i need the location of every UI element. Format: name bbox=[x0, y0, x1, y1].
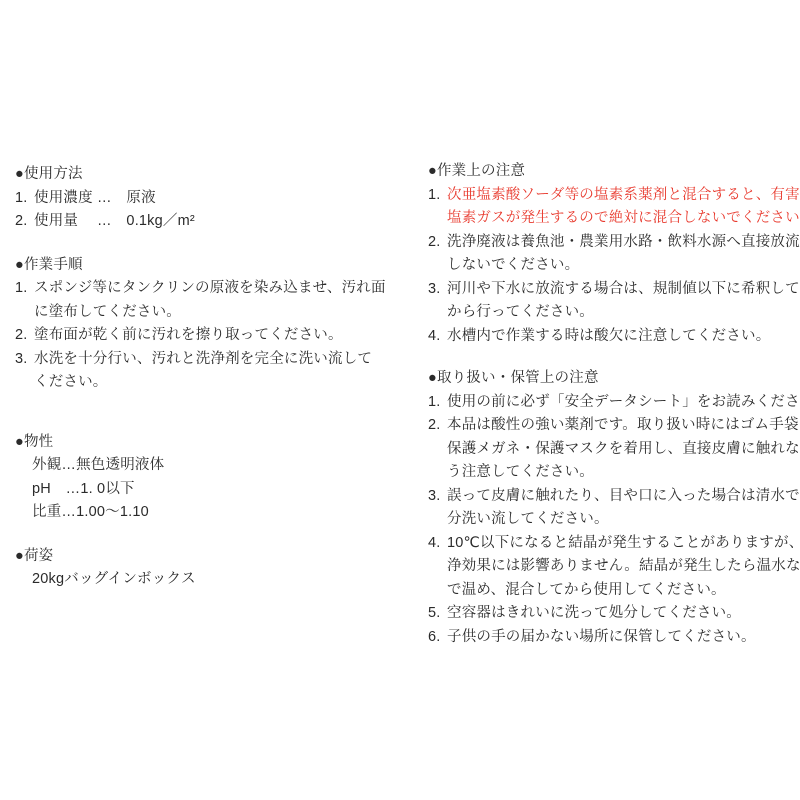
section-heading: ●荷姿 bbox=[15, 545, 415, 569]
list-item: 1. スポンジ等にタンクリンの原液を染み込ませ、汚れ面 に塗布してください。 bbox=[15, 277, 415, 324]
section-packaging: ●荷姿 20kgバッグインボックス bbox=[15, 545, 415, 592]
item-text: 子供の手の届かない場所に保管してください。 bbox=[447, 626, 756, 650]
item-number: 2. bbox=[428, 231, 447, 255]
item-number: 3. bbox=[15, 348, 34, 372]
item-text: スポンジ等にタンクリンの原液を染み込ませ、汚れ面 に塗布してください。 bbox=[34, 277, 386, 324]
item-number: 4. bbox=[428, 532, 447, 556]
section-heading: ●取り扱い・保管上の注意 bbox=[428, 367, 796, 391]
item-text: 塗布面が乾く前に汚れを擦り取ってください。 bbox=[34, 324, 343, 348]
list-item: 2. 本品は酸性の強い薬剤です。取り扱い時にはゴム手袋・ 保護メガネ・保護マスク… bbox=[428, 414, 796, 485]
item-number: 2. bbox=[15, 324, 34, 348]
item-text: 空容器はきれいに洗って処分してください。 bbox=[447, 602, 741, 626]
warning-text: 次亜塩素酸ソーダ等の塩素系薬剤と混合すると、有害な 塩素ガスが発生するので絶対に… bbox=[447, 184, 800, 231]
item-text: 水洗を十分行い、汚れと洗浄剤を完全に洗い流して ください。 bbox=[34, 348, 372, 395]
section-handling-storage-precautions: ●取り扱い・保管上の注意 1. 使用の前に必ず「安全データシート」をお読みくださ… bbox=[428, 367, 796, 649]
item-number: 1. bbox=[428, 391, 447, 415]
item-number: 3. bbox=[428, 485, 447, 509]
section-heading: ●作業上の注意 bbox=[428, 160, 796, 184]
item-text: 水槽内で作業する時は酸欠に注意してください。 bbox=[447, 325, 770, 349]
section-work-precautions: ●作業上の注意 1. 次亜塩素酸ソーダ等の塩素系薬剤と混合すると、有害な 塩素ガ… bbox=[428, 160, 796, 348]
list-item: 1. 使用の前に必ず「安全データシート」をお読みください。 bbox=[428, 391, 796, 415]
list-item: 4. 水槽内で作業する時は酸欠に注意してください。 bbox=[428, 325, 796, 349]
item-text: 10℃以下になると結晶が発生することがありますが、洗 浄効果には影響ありません。… bbox=[447, 532, 800, 603]
list-item: 5. 空容器はきれいに洗って処分してください。 bbox=[428, 602, 796, 626]
item-number: 1. bbox=[15, 277, 34, 301]
section-heading: ●作業手順 bbox=[15, 254, 415, 278]
list-item-warning: 1. 次亜塩素酸ソーダ等の塩素系薬剤と混合すると、有害な 塩素ガスが発生するので… bbox=[428, 184, 796, 231]
list-item: 6. 子供の手の届かない場所に保管してください。 bbox=[428, 626, 796, 650]
section-work-procedure: ●作業手順 1. スポンジ等にタンクリンの原液を染み込ませ、汚れ面 に塗布してく… bbox=[15, 254, 415, 395]
list-item: 2. 塗布面が乾く前に汚れを擦り取ってください。 bbox=[15, 324, 415, 348]
right-column: ●作業上の注意 1. 次亜塩素酸ソーダ等の塩素系薬剤と混合すると、有害な 塩素ガ… bbox=[428, 160, 796, 649]
item-text: 本品は酸性の強い薬剤です。取り扱い時にはゴム手袋・ 保護メガネ・保護マスクを着用… bbox=[447, 414, 800, 485]
item-text: 使用の前に必ず「安全データシート」をお読みください。 bbox=[447, 391, 800, 415]
item-number: 5. bbox=[428, 602, 447, 626]
section-physical-properties: ●物性 外観…無色透明液体 pH …1. 0以下 比重…1.00～1.10 bbox=[15, 431, 415, 525]
list-item: 3. 河川や下水に放流する場合は、規制値以下に希釈して から行ってください。 bbox=[428, 278, 796, 325]
list-item: 3. 誤って皮膚に触れたり、目や口に入った場合は清水で十 分洗い流してください。 bbox=[428, 485, 796, 532]
item-text: 河川や下水に放流する場合は、規制値以下に希釈して から行ってください。 bbox=[447, 278, 800, 325]
item-text: 洗浄廃液は養魚池・農業用水路・飲料水源へ直接放流 しないでください。 bbox=[447, 231, 800, 278]
property-specific-gravity: 比重…1.00～1.10 bbox=[15, 501, 415, 525]
item-text: 使用濃度 … 原液 bbox=[34, 187, 156, 211]
property-appearance: 外観…無色透明液体 bbox=[15, 454, 415, 478]
list-item: 1. 使用濃度 … 原液 bbox=[15, 187, 415, 211]
section-heading: ●使用方法 bbox=[15, 163, 415, 187]
item-number: 6. bbox=[428, 626, 447, 650]
packaging-spec: 20kgバッグインボックス bbox=[15, 568, 415, 592]
item-text: 使用量 … 0.1kg／m² bbox=[34, 210, 195, 234]
list-item: 2. 使用量 … 0.1kg／m² bbox=[15, 210, 415, 234]
list-item: 4. 10℃以下になると結晶が発生することがありますが、洗 浄効果には影響ありま… bbox=[428, 532, 796, 603]
section-usage-method: ●使用方法 1. 使用濃度 … 原液 2. 使用量 … 0.1kg／m² bbox=[15, 163, 415, 234]
list-item: 2. 洗浄廃液は養魚池・農業用水路・飲料水源へ直接放流 しないでください。 bbox=[428, 231, 796, 278]
item-number: 3. bbox=[428, 278, 447, 302]
section-heading: ●物性 bbox=[15, 431, 415, 455]
item-number: 1. bbox=[428, 184, 447, 208]
item-number: 1. bbox=[15, 187, 34, 211]
item-number: 4. bbox=[428, 325, 447, 349]
property-ph: pH …1. 0以下 bbox=[15, 478, 415, 502]
product-instructions-document: ●使用方法 1. 使用濃度 … 原液 2. 使用量 … 0.1kg／m² ●作業… bbox=[0, 0, 800, 800]
list-item: 3. 水洗を十分行い、汚れと洗浄剤を完全に洗い流して ください。 bbox=[15, 348, 415, 395]
item-text: 誤って皮膚に触れたり、目や口に入った場合は清水で十 分洗い流してください。 bbox=[447, 485, 800, 532]
left-column: ●使用方法 1. 使用濃度 … 原液 2. 使用量 … 0.1kg／m² ●作業… bbox=[15, 163, 415, 592]
item-number: 2. bbox=[15, 210, 34, 234]
item-number: 2. bbox=[428, 414, 447, 438]
